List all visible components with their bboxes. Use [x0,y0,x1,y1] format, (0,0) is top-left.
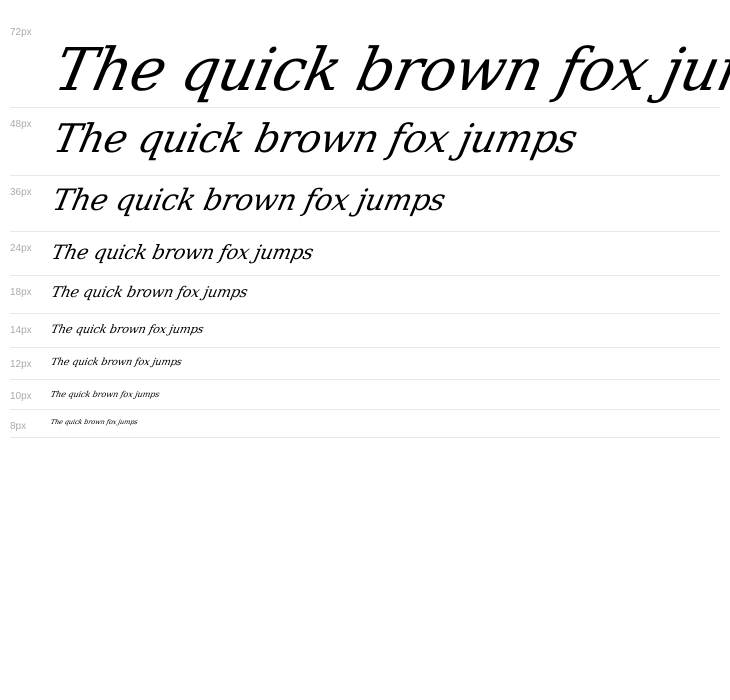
size-label: 18px [10,287,32,298]
size-label: 12px [10,359,32,370]
sample-text: The quick brown fox jumps [50,324,204,335]
sample-text: The quick brown fox jumps [50,40,730,99]
specimen-row: 8pxThe quick brown fox jumps [10,410,720,438]
sample-text: The quick brown fox jumps [50,419,138,426]
sample-text: The quick brown fox jumps [50,358,182,368]
size-label: 10px [10,391,32,402]
specimen-row: 10pxThe quick brown fox jumps [10,380,720,410]
size-label: 8px [10,421,26,432]
specimen-row: 72pxThe quick brown fox jumps [10,0,720,108]
size-label: 14px [10,325,32,336]
specimen-row: 14pxThe quick brown fox jumps [10,314,720,348]
size-label: 36px [10,187,32,198]
size-label: 24px [10,243,32,254]
size-label: 72px [10,27,32,38]
specimen-row: 36pxThe quick brown fox jumps [10,176,720,232]
sample-text: The quick brown fox jumps [50,243,315,263]
sample-text: The quick brown fox jumps [50,120,580,159]
specimen-row: 12pxThe quick brown fox jumps [10,348,720,380]
sample-text: The quick brown fox jumps [50,390,160,398]
sample-text: The quick brown fox jumps [50,186,448,216]
specimen-row: 18pxThe quick brown fox jumps [10,276,720,314]
sample-text: The quick brown fox jumps [50,286,249,301]
specimen-row: 24pxThe quick brown fox jumps [10,232,720,276]
specimen-row: 48pxThe quick brown fox jumps [10,108,720,176]
size-label: 48px [10,119,32,130]
